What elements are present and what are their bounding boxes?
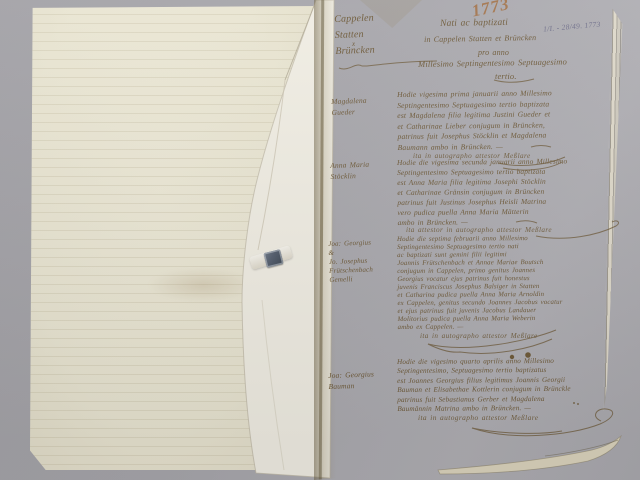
ink-showthrough-smudge	[148, 268, 258, 302]
entry4-margin-name: Joa: Georgius Bauman	[328, 368, 393, 392]
document-scan: Cappelen Statten Brüncken x Nati ac bapt…	[0, 0, 640, 480]
entry4-text: Hodie die vigesimo quarto aprilis anno M…	[397, 356, 621, 414]
entry1-margin-name: Magdalena Gueder	[331, 94, 396, 118]
entry1-text: Hodie vigesima prima januarii anno Mille…	[397, 88, 616, 154]
entry4-attestation: ita in autographo attestor Meßlare	[418, 413, 538, 422]
title-line-5: tertio.	[495, 71, 517, 81]
entry2-margin-name: Anna Maria Stöcklin	[330, 158, 395, 182]
entry2-attestation: ita attestor in autographo attestor Meßl…	[406, 226, 552, 234]
left-blank-page	[30, 6, 320, 470]
entry3-margin-name: Joa: Georgius & Jo. Josephus Frütschenba…	[328, 238, 394, 285]
title-line-3: pro anno	[478, 48, 509, 57]
entry3-attestation: ita in autographo attestor Meßlare	[420, 332, 538, 340]
entry3-text: Hodie die septima februarii anno Millesi…	[397, 234, 618, 332]
entry2-text: Hodie die vigesima secunda januarii anno…	[397, 156, 618, 228]
header-margin-places: Cappelen Statten Brüncken	[334, 9, 416, 60]
header-margin-mark: x	[352, 40, 355, 48]
